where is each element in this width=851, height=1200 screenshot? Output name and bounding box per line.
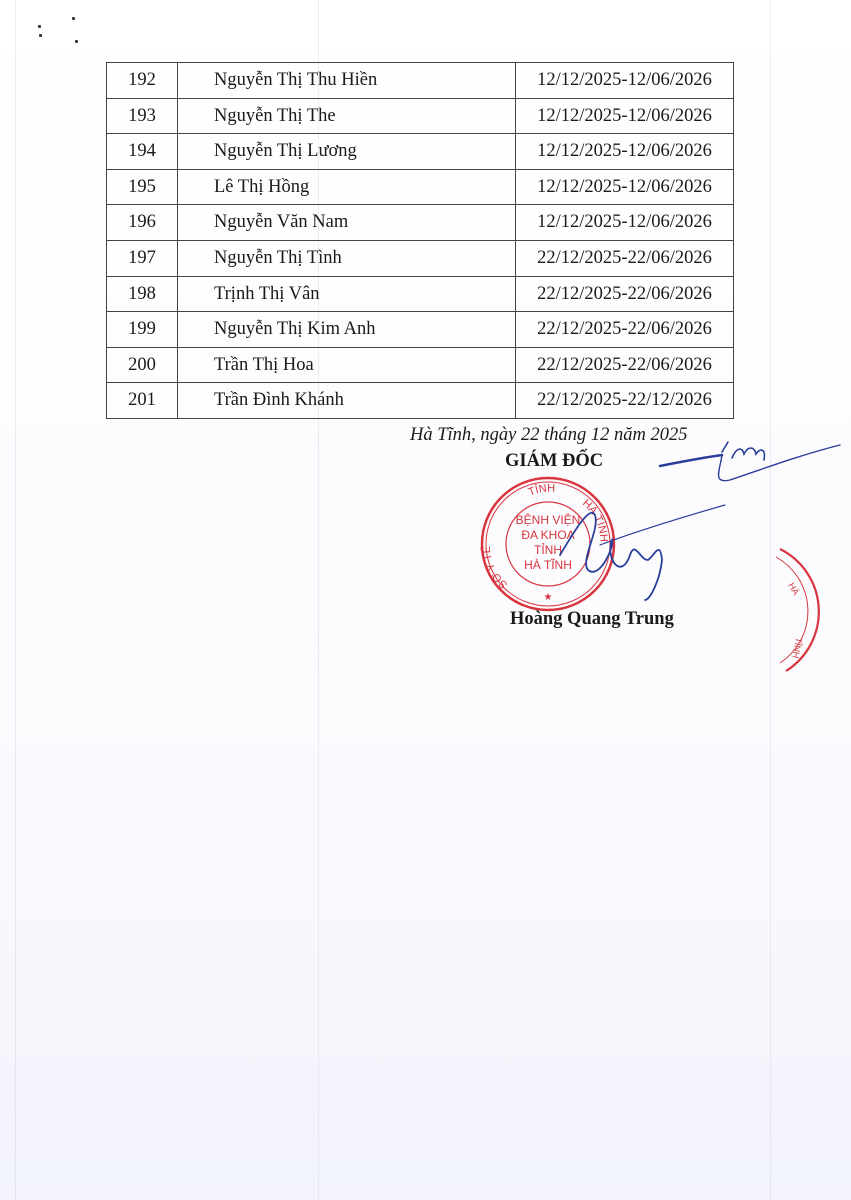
period: 12/12/2025-12/06/2026 <box>516 205 734 241</box>
row-number: 198 <box>107 276 178 312</box>
period: 22/12/2025-22/06/2026 <box>516 240 734 276</box>
person-name: Nguyễn Thị Lương <box>178 134 516 170</box>
row-number: 193 <box>107 98 178 134</box>
svg-text:TỈNH: TỈNH <box>527 483 556 499</box>
row-number: 199 <box>107 312 178 348</box>
person-name: Nguyễn Thị Thu Hiền <box>178 63 516 99</box>
person-name: Trần Thị Hoa <box>178 347 516 383</box>
period: 12/12/2025-12/06/2026 <box>516 169 734 205</box>
svg-text:SỞ Y TẾ: SỞ Y TẾ <box>480 546 510 591</box>
table-row: 199Nguyễn Thị Kim Anh22/12/2025-22/06/20… <box>107 312 734 348</box>
row-number: 200 <box>107 347 178 383</box>
svg-text:TỈNH: TỈNH <box>534 542 562 557</box>
row-number: 195 <box>107 169 178 205</box>
table-row: 193Nguyễn Thị The12/12/2025-12/06/2026 <box>107 98 734 134</box>
svg-text:HÀ: HÀ <box>786 581 801 597</box>
person-name: Nguyễn Thị Tình <box>178 240 516 276</box>
place-date: Hà Tĩnh, ngày 22 tháng 12 năm 2025 <box>410 425 688 446</box>
person-name: Trịnh Thị Vân <box>178 276 516 312</box>
row-number: 192 <box>107 63 178 99</box>
table-row: 194Nguyễn Thị Lương12/12/2025-12/06/2026 <box>107 134 734 170</box>
roster-table: 192Nguyễn Thị Thu Hiền12/12/2025-12/06/2… <box>106 62 734 419</box>
scan-artifact <box>15 0 16 1200</box>
person-name: Lê Thị Hồng <box>178 169 516 205</box>
period: 22/12/2025-22/06/2026 <box>516 347 734 383</box>
svg-text:TĨNH: TĨNH <box>790 637 803 659</box>
svg-text:★: ★ <box>544 592 553 603</box>
svg-text:HÀ TĨNH: HÀ TĨNH <box>524 557 572 572</box>
person-name: Nguyễn Thị Kim Anh <box>178 312 516 348</box>
period: 22/12/2025-22/06/2026 <box>516 276 734 312</box>
person-name: Nguyễn Văn Nam <box>178 205 516 241</box>
table-row: 195Lê Thị Hồng12/12/2025-12/06/2026 <box>107 169 734 205</box>
period: 12/12/2025-12/06/2026 <box>516 63 734 99</box>
svg-text:ĐA KHOA: ĐA KHOA <box>521 528 574 542</box>
signer-title: GIÁM ĐỐC <box>505 451 603 472</box>
partial-stamp-icon: HÀ TĨNH <box>752 545 822 675</box>
table-row: 196Nguyễn Văn Nam12/12/2025-12/06/2026 <box>107 205 734 241</box>
row-number: 197 <box>107 240 178 276</box>
row-number: 201 <box>107 383 178 419</box>
period: 22/12/2025-22/06/2026 <box>516 312 734 348</box>
official-stamp-icon: SỞ Y TẾ TỈNH HÀ TĨNH BỆNH VIỆN ĐA KHOA T… <box>478 474 618 614</box>
table-row: 197Nguyễn Thị Tình22/12/2025-22/06/2026 <box>107 240 734 276</box>
svg-text:BỆNH VIỆN: BỆNH VIỆN <box>516 512 581 527</box>
row-number: 194 <box>107 134 178 170</box>
period: 22/12/2025-22/12/2026 <box>516 383 734 419</box>
row-number: 196 <box>107 205 178 241</box>
scan-specks <box>0 0 120 60</box>
table-row: 200Trần Thị Hoa22/12/2025-22/06/2026 <box>107 347 734 383</box>
period: 12/12/2025-12/06/2026 <box>516 98 734 134</box>
person-name: Nguyễn Thị The <box>178 98 516 134</box>
period: 12/12/2025-12/06/2026 <box>516 134 734 170</box>
table-row: 198Trịnh Thị Vân22/12/2025-22/06/2026 <box>107 276 734 312</box>
table-row: 201Trần Đình Khánh22/12/2025-22/12/2026 <box>107 383 734 419</box>
table-row: 192Nguyễn Thị Thu Hiền12/12/2025-12/06/2… <box>107 63 734 99</box>
person-name: Trần Đình Khánh <box>178 383 516 419</box>
